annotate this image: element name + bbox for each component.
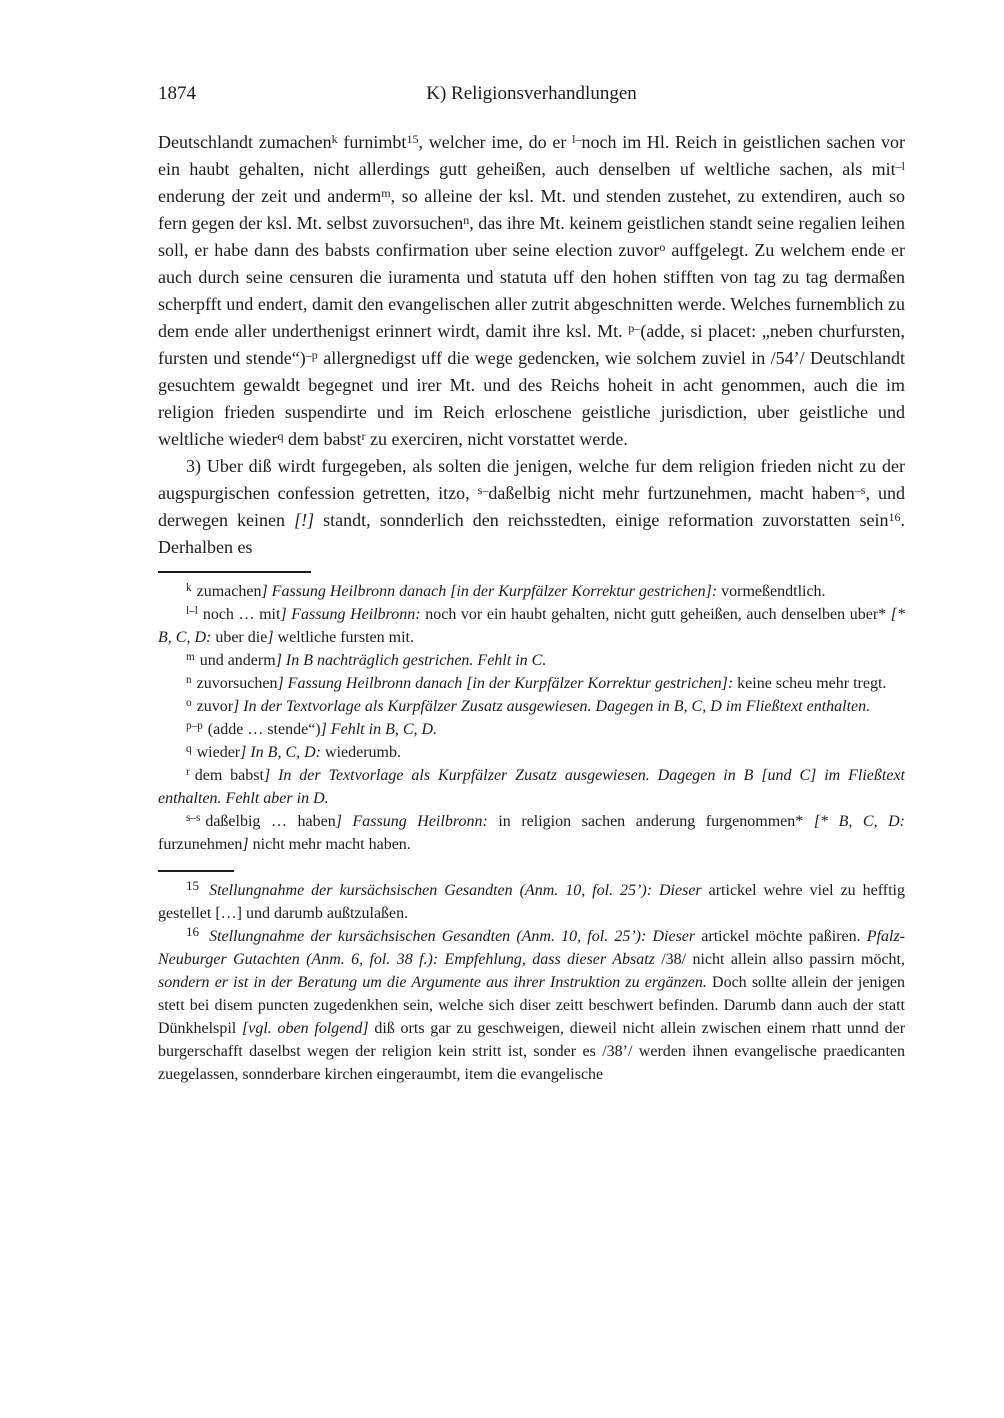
apparatus-entry-n: nzuvorsuchen] Fassung Heilbronn danach [… (158, 672, 905, 695)
footnotes-section: 15Stellungnahme der kursächsischen Gesan… (158, 870, 905, 1086)
apparatus-entry-text: noch … mit] Fassung Heilbronn: noch vor … (158, 606, 905, 646)
apparatus-siglum: k (186, 582, 192, 594)
apparatus-entry-q: qwieder] In B, C, D: wiederumb. (158, 741, 905, 764)
apparatus-siglum: l–l (186, 605, 198, 617)
apparatus-entry-s: s–sdaßelbig … haben] Fassung Heilbronn: … (158, 810, 905, 856)
running-head: K) Religionsverhandlungen (158, 80, 905, 107)
apparatus-siglum: s–s (186, 812, 200, 824)
footnote-text: Stellungnahme der kursächsischen Gesandt… (158, 928, 905, 1083)
apparatus-entry-text: daßelbig … haben] Fassung Heilbronn: in … (158, 813, 905, 853)
apparatus-siglum: r (186, 766, 190, 778)
apparatus-siglum: p–p (186, 720, 203, 732)
apparatus-entry-m: mund anderm] In B nachträglich gestriche… (158, 649, 905, 672)
footnote-text: Stellungnahme der kursächsischen Gesandt… (158, 882, 905, 922)
apparatus-entry-o: ozuvor] In der Textvorlage als Kurpfälze… (158, 695, 905, 718)
page-header: 1874 K) Religionsverhandlungen (158, 80, 905, 107)
apparatus-entry-r: rdem babst] In der Textvorlage als Kurpf… (158, 764, 905, 810)
footnotes-divider-rule (158, 870, 234, 872)
apparatus-siglum: q (186, 743, 192, 755)
apparatus-entry-k: kzumachen] Fassung Heilbronn danach [in … (158, 580, 905, 603)
main-paragraph-3: 3) Uber diß wirdt furgegeben, als solten… (158, 453, 905, 561)
apparatus-entry-text: zuvorsuchen] Fassung Heilbronn danach [i… (197, 675, 887, 692)
apparatus-siglum: o (186, 697, 192, 709)
apparatus-entry-text: und anderm] In B nachträglich gestrichen… (200, 652, 547, 669)
main-paragraph-continuation: Deutschlandt zumachenk furnimbt15, welch… (158, 129, 905, 453)
apparatus-entry-l: l–lnoch … mit] Fassung Heilbronn: noch v… (158, 603, 905, 649)
apparatus-divider-rule (158, 571, 311, 573)
apparatus-siglum: m (186, 651, 195, 663)
footnote-number: 15 (186, 878, 199, 893)
apparatus-entry-text: (adde … stende“)] Fehlt in B, C, D. (208, 721, 437, 738)
book-page: 1874 K) Religionsverhandlungen Deutschla… (0, 0, 1004, 1418)
apparatus-entry-text: wieder] In B, C, D: wiederumb. (197, 744, 401, 761)
footnote-number: 16 (186, 924, 199, 939)
apparatus-entry-text: zuvor] In der Textvorlage als Kurpfälzer… (197, 698, 871, 715)
critical-apparatus: kzumachen] Fassung Heilbronn danach [in … (158, 571, 905, 856)
apparatus-entry-p: p–p(adde … stende“)] Fehlt in B, C, D. (158, 718, 905, 741)
apparatus-entry-text: dem babst] In der Textvorlage als Kurpfä… (158, 767, 905, 807)
footnote-16: 16Stellungnahme der kursächsischen Gesan… (158, 925, 905, 1086)
main-text: Deutschlandt zumachenk furnimbt15, welch… (158, 129, 905, 561)
apparatus-siglum: n (186, 674, 192, 686)
footnote-15: 15Stellungnahme der kursächsischen Gesan… (158, 879, 905, 925)
apparatus-entry-text: zumachen] Fassung Heilbronn danach [in d… (197, 583, 826, 600)
